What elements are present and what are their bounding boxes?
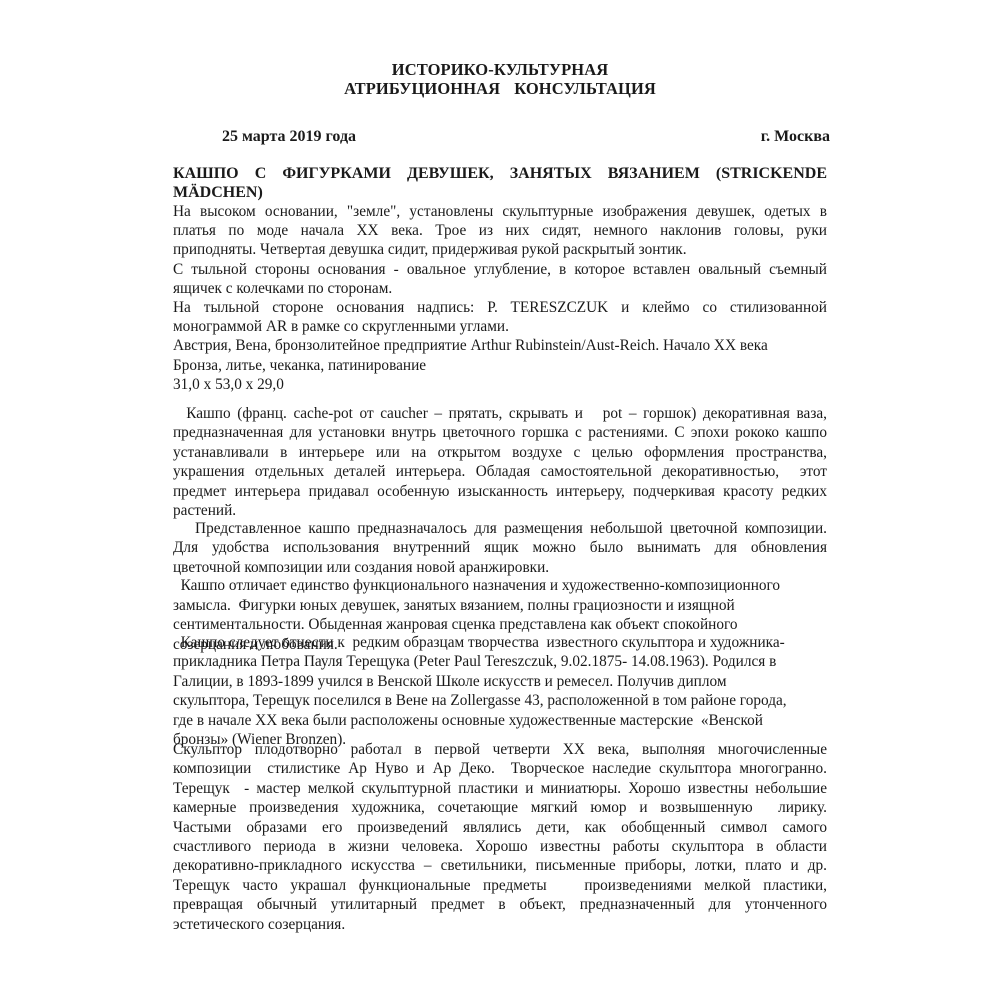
text-line: С тыльной стороны основания - овальное у…: [173, 260, 827, 279]
text-line: ящичек с колечками по сторонам.: [173, 279, 827, 298]
text-line: Кашпо следует отнести к редким образцам …: [173, 633, 813, 652]
document-city: г. Москва: [761, 128, 830, 146]
text-line: предназначенная для установки внутрь цве…: [173, 423, 827, 442]
text-line: Австрия, Вена, бронзолитейное предприяти…: [173, 336, 827, 355]
text-line: Кашпо отличает единство функционального …: [173, 576, 813, 595]
item-heading-line-1: КАШПО С ФИГУРКАМИ ДЕВУШЕК, ЗАНЯТЫХ ВЯЗАН…: [173, 164, 827, 183]
document-page: ИСТОРИКО-КУЛЬТУРНАЯ АТРИБУЦИОННАЯКОНСУЛЬ…: [0, 0, 1000, 1000]
text-line: цветочной композиции или создания новой …: [173, 558, 827, 577]
text-line: 31,0 x 53,0 x 29,0: [173, 375, 827, 394]
text-line: где в начале XX века были расположены ос…: [173, 711, 813, 730]
text-line: Терещук часто украшал функциональные пре…: [173, 876, 827, 895]
text-line: устанавливали в интерьере или на открыто…: [173, 443, 827, 462]
text-line: Терещук - мастер мелкой скульптурной пла…: [173, 779, 827, 798]
title-word-consultation: КОНСУЛЬТАЦИЯ: [514, 79, 656, 98]
text-line: эстетического созерцания.: [173, 915, 827, 934]
text-line: Скульптор плодотворно работал в первой ч…: [173, 740, 827, 759]
text-line: композиции стилистике Ар Нуво и Ар Деко.…: [173, 759, 827, 778]
text-line: Для удобства использования внутренний ящ…: [173, 538, 827, 557]
item-heading-line-2: MÄDCHEN): [173, 183, 827, 202]
document-title-line-1: ИСТОРИКО-КУЛЬТУРНАЯ: [0, 60, 1000, 79]
text-line: украшения отдельных деталей интерьера. О…: [173, 462, 827, 481]
text-line: Кашпо (франц. cache-pot от caucher – пря…: [173, 404, 827, 423]
text-line: сентиментальности. Обыденная жанровая сц…: [173, 615, 813, 634]
text-line: На тыльной стороне основания надпись: P.…: [173, 298, 827, 317]
text-line: На высоком основании, "земле", установле…: [173, 202, 827, 221]
text-line: Частыми образами его произведений являли…: [173, 818, 827, 837]
text-line: монограммой AR в рамке со скругленными у…: [173, 317, 827, 336]
text-line: Бронза, литье, чеканка, патинирование: [173, 356, 827, 375]
text-line: Галиции, в 1893-1899 учился в Венской Шк…: [173, 672, 813, 691]
text-line: счастливого периода в жизни человека. Хо…: [173, 837, 827, 856]
text-line: камерные произведения художника, сочетаю…: [173, 798, 827, 817]
text-line: скульптора, Терещук поселился в Вене на …: [173, 691, 813, 710]
text-line: прикладника Петра Пауля Терещука (Peter …: [173, 652, 813, 671]
text-line: Представленное кашпо предназначалось для…: [173, 519, 827, 538]
title-word-attribution: АТРИБУЦИОННАЯ: [344, 79, 500, 98]
text-line: предмет интерьера придавал особенную изы…: [173, 482, 827, 501]
text-line: превращая обычный утилитарный предмет в …: [173, 895, 827, 914]
text-line: приподняты. Четвертая девушка сидит, при…: [173, 240, 827, 259]
text-line: декоративно-прикладного искусства – свет…: [173, 856, 827, 875]
text-line: растений.: [173, 501, 827, 520]
document-title-line-2: АТРИБУЦИОННАЯКОНСУЛЬТАЦИЯ: [0, 79, 1000, 98]
text-line: замысла. Фигурки юных девушек, занятых в…: [173, 596, 813, 615]
document-date: 25 марта 2019 года: [222, 128, 356, 146]
text-line: платья по моде начала XX века. Трое из н…: [173, 221, 827, 240]
